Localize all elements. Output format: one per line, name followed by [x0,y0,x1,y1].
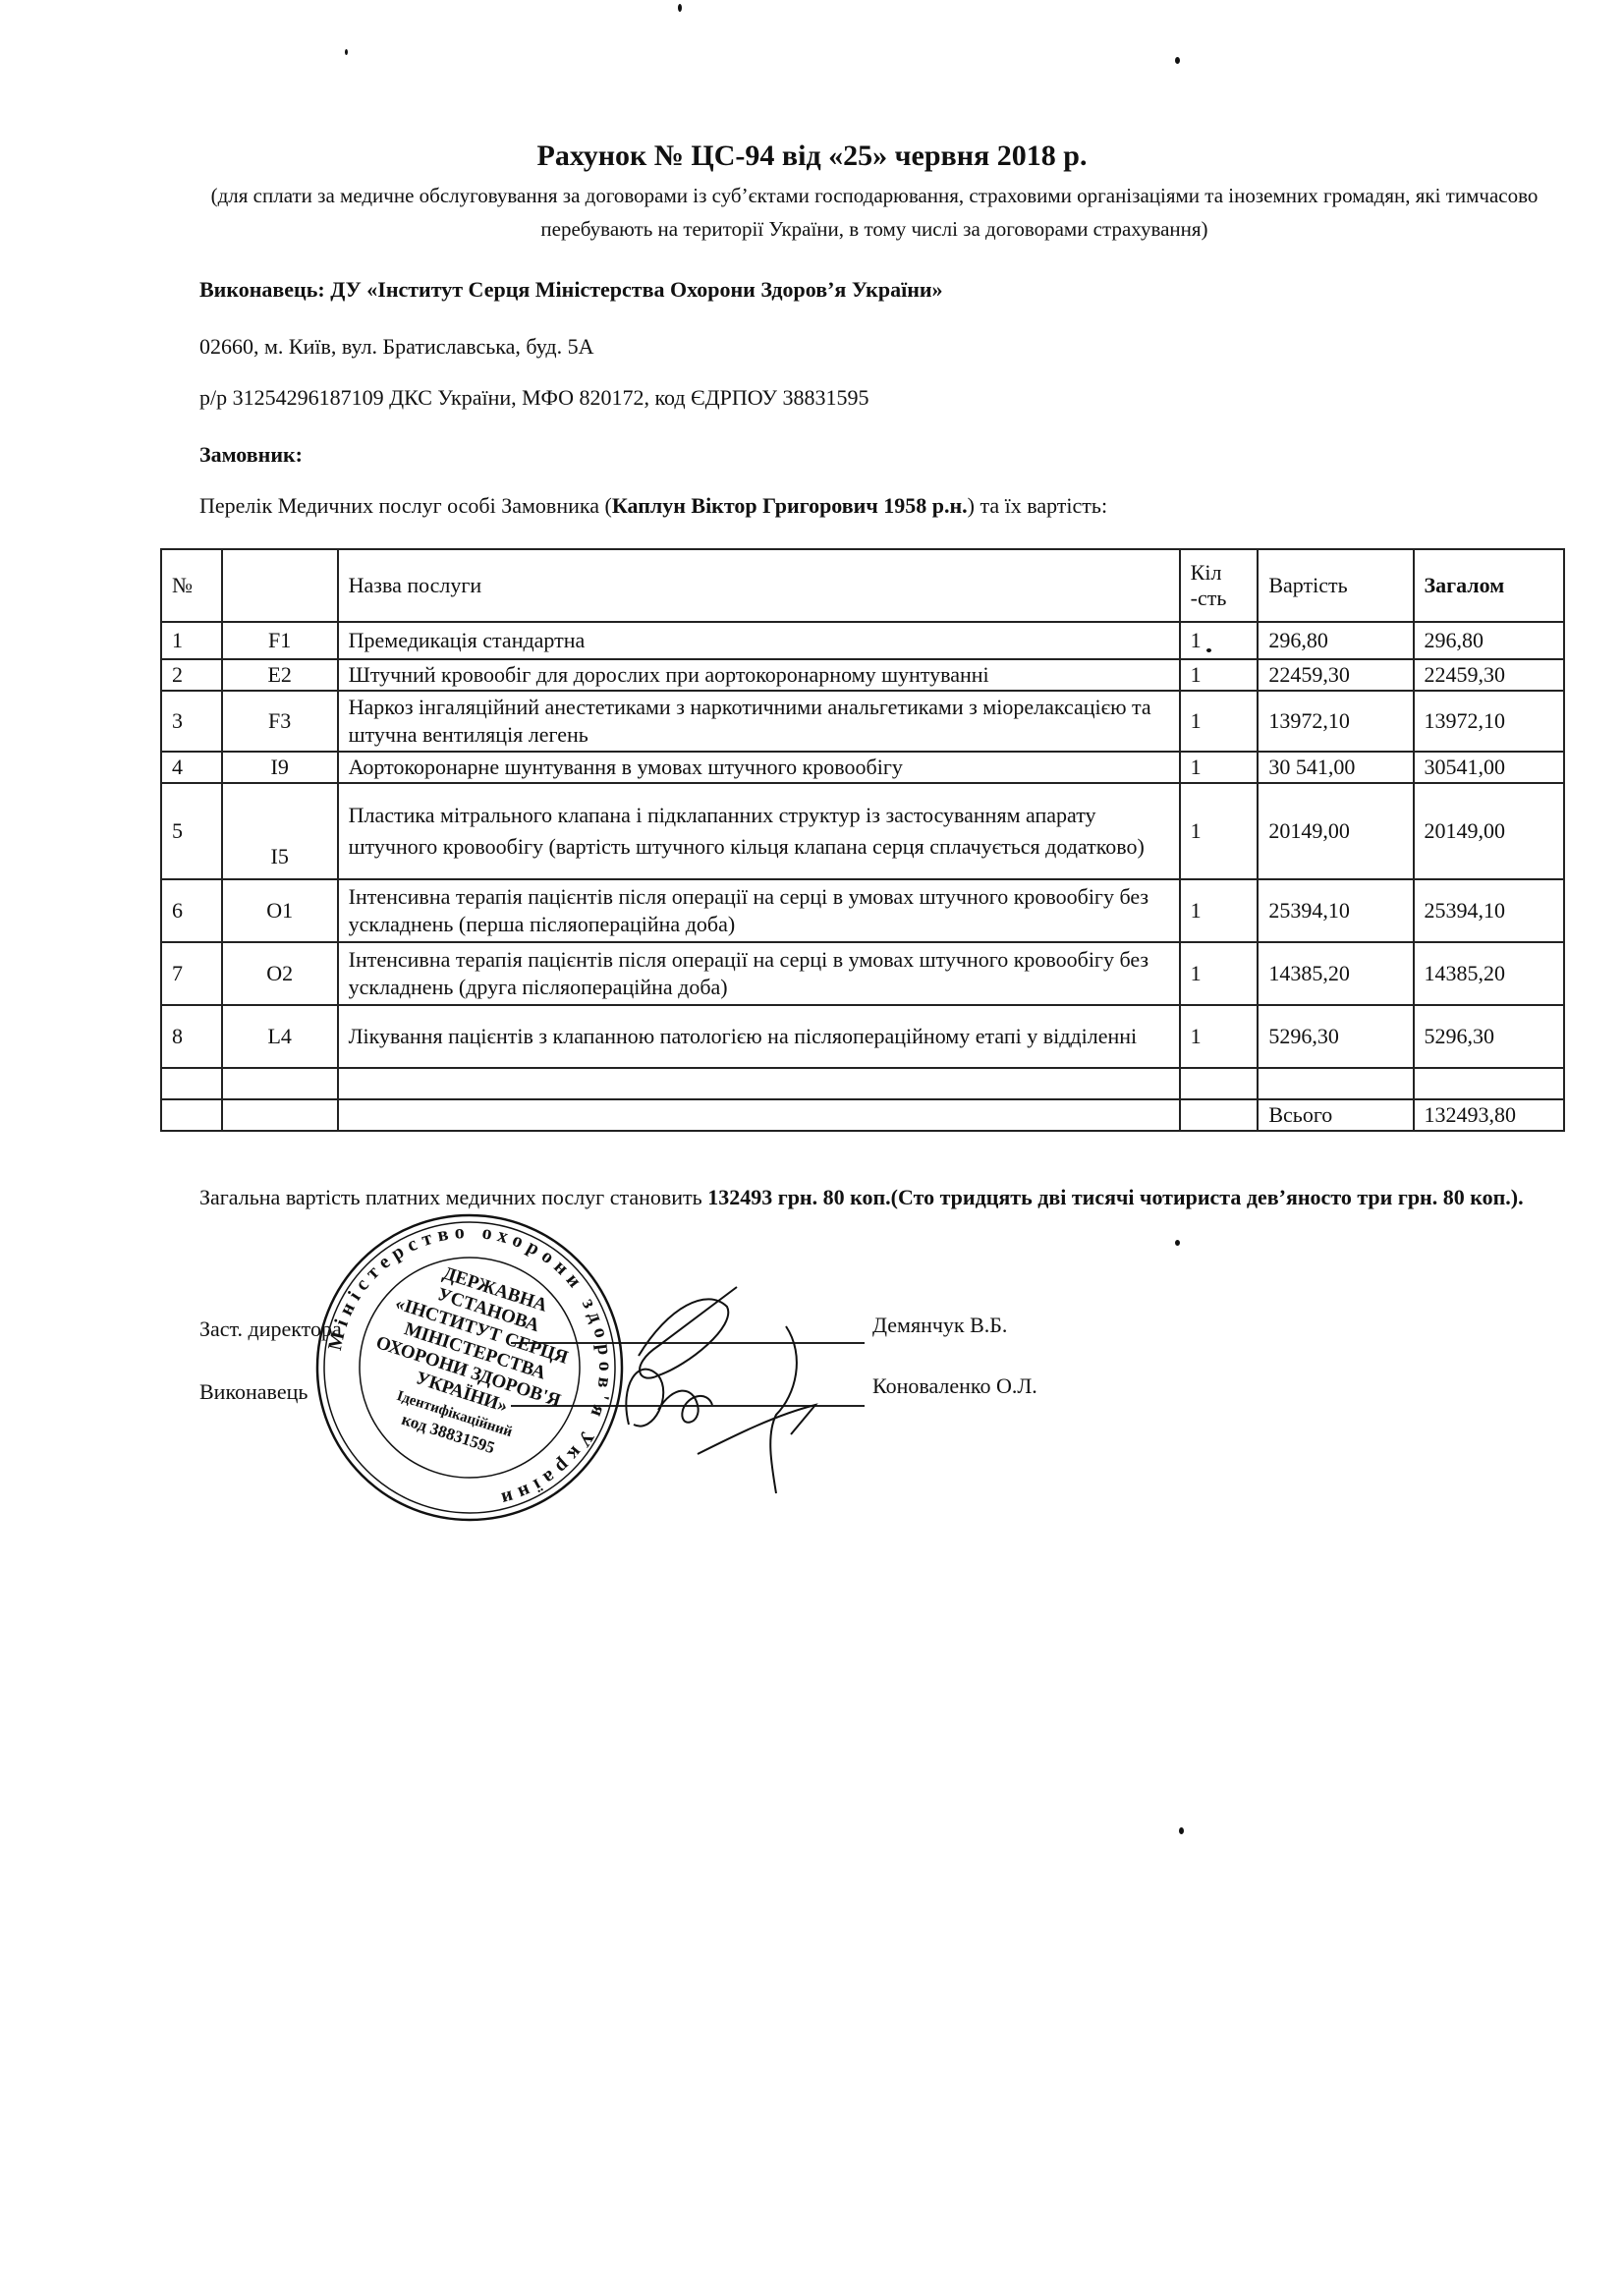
sum-value: 132493,80 [1414,1099,1564,1131]
col-header-service-name: Назва послуги [338,549,1180,622]
table-row: 6 O1 Інтенсивна терапія пацієнтів після … [161,879,1564,942]
services-intro-prefix: Перелік Медичних послуг особі Замовника … [199,493,612,518]
services-intro: Перелік Медичних послуг особі Замовника … [199,493,1107,519]
scan-speck [1175,57,1180,64]
row-quantity: 1 [1180,691,1259,752]
table-row: 2 E2 Штучний кровообіг для дорослих при … [161,659,1564,691]
col-header-total: Загалом [1414,549,1564,622]
scan-speck [1206,648,1211,652]
customer-label: Замовник: [199,442,303,468]
row-quantity: 1 [1180,942,1259,1005]
empty-cell [1414,1068,1564,1099]
row-price: 22459,30 [1258,659,1413,691]
row-code: L4 [222,1005,338,1068]
row-code: O1 [222,879,338,942]
services-intro-suffix: ) та їх вартість: [968,493,1107,518]
row-code: E2 [222,659,338,691]
empty-cell [161,1068,222,1099]
row-code: F1 [222,622,338,659]
scan-speck [678,4,682,12]
col-header-price: Вартість [1258,549,1413,622]
row-service-name: Наркоз інгаляційний анестетиками з нарко… [338,691,1180,752]
row-price: 13972,10 [1258,691,1413,752]
row-price: 25394,10 [1258,879,1413,942]
patient-name: Каплун Віктор Григорович 1958 р.н. [612,493,968,518]
row-number: 5 [161,783,222,879]
row-quantity: 1 [1180,783,1259,879]
invoice-title: Рахунок № ЦС-94 від «25» червня 2018 р. [0,140,1624,173]
table-row: 5 I5 Пластика мітрального клапана і підк… [161,783,1564,879]
empty-cell [1180,1099,1259,1131]
row-number: 2 [161,659,222,691]
row-number: 7 [161,942,222,1005]
row-service-name: Премедикація стандартна [338,622,1180,659]
services-table: № Назва послуги Кіл-сть Вартість Загалом… [160,548,1565,1132]
row-price: 20149,00 [1258,783,1413,879]
summary-amount: 132493 грн. 80 коп.(Сто тридцять дві тис… [707,1185,1523,1209]
scan-speck [1175,1240,1180,1246]
row-price: 30 541,00 [1258,752,1413,783]
col-header-quantity: Кіл-сть [1180,549,1259,622]
col-header-quantity-line2: -сть [1191,586,1227,610]
table-row: 7 O2 Інтенсивна терапія пацієнтів після … [161,942,1564,1005]
row-number: 1 [161,622,222,659]
empty-cell [222,1099,338,1131]
row-total: 20149,00 [1414,783,1564,879]
empty-cell [1180,1068,1259,1099]
row-total: 30541,00 [1414,752,1564,783]
table-row: 8 L4 Лікування пацієнтів з клапанною пат… [161,1005,1564,1068]
executor-address: 02660, м. Київ, вул. Братиславська, буд.… [199,334,593,360]
executor-label: Виконавець: [199,277,325,302]
sum-label: Всього [1258,1099,1413,1131]
table-row: 4 I9 Аортокоронарне шунтування в умовах … [161,752,1564,783]
table-sum-row: Всього 132493,80 [161,1099,1564,1131]
table-row: 1 F1 Премедикація стандартна 1 296,80 29… [161,622,1564,659]
executor-line: Виконавець: ДУ «Інститут Серця Міністерс… [199,277,943,303]
signature-role-executor: Виконавець [199,1379,308,1405]
col-header-code [222,549,338,622]
signature-name-executor: Коноваленко О.Л. [872,1373,1037,1399]
row-total: 13972,10 [1414,691,1564,752]
row-total: 296,80 [1414,622,1564,659]
row-service-name: Штучний кровообіг для дорослих при аорто… [338,659,1180,691]
row-quantity: 1 [1180,622,1259,659]
row-total: 5296,30 [1414,1005,1564,1068]
row-service-name: Пластика мітрального клапана і підклапан… [338,783,1180,879]
row-number: 8 [161,1005,222,1068]
row-price: 296,80 [1258,622,1413,659]
row-service-name: Інтенсивна терапія пацієнтів після опера… [338,879,1180,942]
col-header-number: № [161,549,222,622]
signature-name-deputy-director: Демянчук В.Б. [872,1313,1007,1338]
row-number: 3 [161,691,222,752]
table-row-empty [161,1068,1564,1099]
row-total: 25394,10 [1414,879,1564,942]
col-header-quantity-line1: Кіл [1191,560,1222,585]
scan-speck [1179,1827,1184,1834]
executor-name: ДУ «Інститут Серця Міністерства Охорони … [330,277,942,302]
row-price: 14385,20 [1258,942,1413,1005]
empty-cell [1258,1068,1413,1099]
row-code: I9 [222,752,338,783]
invoice-subtitle: (для сплати за медичне обслуговування за… [196,179,1552,246]
row-number: 6 [161,879,222,942]
row-total: 14385,20 [1414,942,1564,1005]
row-service-name: Інтенсивна терапія пацієнтів після опера… [338,942,1180,1005]
row-code: I5 [222,783,338,879]
row-quantity: 1 [1180,1005,1259,1068]
row-total: 22459,30 [1414,659,1564,691]
empty-cell [161,1099,222,1131]
row-number: 4 [161,752,222,783]
row-service-name: Аортокоронарне шунтування в умовах штучн… [338,752,1180,783]
row-code: F3 [222,691,338,752]
scan-speck [345,49,348,55]
official-stamp: Міністерство охорони здоров'я України ДЕ… [312,1210,627,1525]
empty-cell [338,1068,1180,1099]
handwritten-signature [599,1267,855,1503]
row-service-name: Лікування пацієнтів з клапанною патологі… [338,1005,1180,1068]
empty-cell [338,1099,1180,1131]
row-quantity: 1 [1180,659,1259,691]
row-code: O2 [222,942,338,1005]
row-price: 5296,30 [1258,1005,1413,1068]
table-header-row: № Назва послуги Кіл-сть Вартість Загалом [161,549,1564,622]
executor-bank-details: р/р 31254296187109 ДКС України, МФО 8201… [199,385,869,411]
row-quantity: 1 [1180,752,1259,783]
table-row: 3 F3 Наркоз інгаляційний анестетиками з … [161,691,1564,752]
summary-prefix: Загальна вартість платних медичних послу… [199,1185,707,1209]
row-quantity: 1 [1180,879,1259,942]
empty-cell [222,1068,338,1099]
